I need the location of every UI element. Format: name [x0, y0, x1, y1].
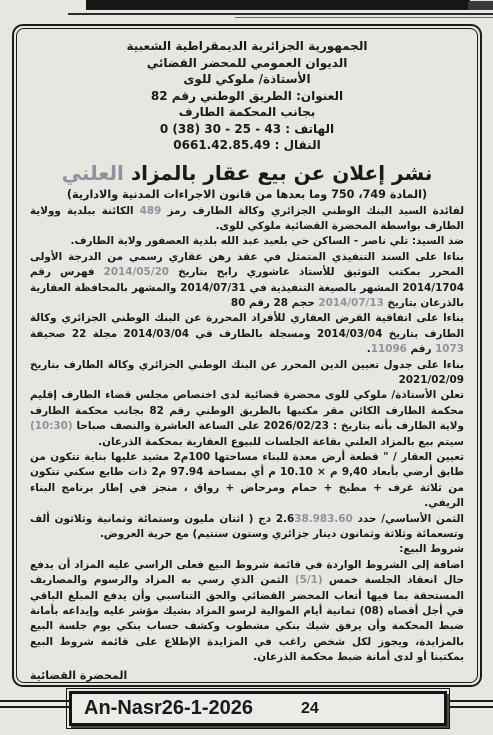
mobile-label: النقال : — [275, 138, 321, 152]
journal-footer-box: An-Nasr26-1-2026 24 — [69, 691, 447, 726]
paragraph-beneficiary: لفائدة السيد البنك الوطني الجزائري وكالة… — [30, 204, 464, 235]
phone-number: 0 (38) 30 - 25 - 43 — [160, 122, 281, 136]
paragraph-executive-title: بناءا على السند التنفيذي المتمثل في عقد … — [30, 250, 464, 312]
bailiff-name-line: الأستاذة/ ملوكي للوى — [30, 71, 464, 88]
republic-line: الجمهورية الجزائرية الديمقراطية الشعبية — [30, 38, 464, 55]
paragraph-sale-conditions: اضافة إلى الشروط الواردة في قائمة شروط ا… — [30, 558, 464, 666]
top-scan-artifact-mark — [468, 1, 493, 10]
mobile-number: 0661.42.85.49 — [173, 138, 270, 152]
paragraph-defendant: ضد السيد: تلي ناصر - الساكن حي بلعيد عبد… — [30, 234, 464, 249]
top-scan-artifact-line — [68, 13, 493, 15]
sale-conditions-heading: شروط البيع: — [30, 542, 464, 557]
paragraph-debt-schedule: بناءا على جدول تعيين الدين المحرر عن الب… — [30, 358, 464, 389]
page-number: 24 — [301, 700, 319, 718]
phone-line: الهاتف : 0 (38) 30 - 25 - 43 — [30, 121, 464, 138]
notice-header: الجمهورية الجزائرية الديمقراطية الشعبية … — [30, 38, 464, 154]
address-line: العنوان: الطريق الوطني رقم 82 — [30, 88, 464, 105]
notice-frame-inner: الجمهورية الجزائرية الديمقراطية الشعبية … — [16, 28, 478, 683]
top-scan-artifact-line-thin — [235, 17, 493, 18]
paragraph-property-desc: تعيين العقار / " قطعة أرض معدة للبناء مس… — [30, 450, 464, 512]
notice-frame: الجمهورية الجزائرية الديمقراطية الشعبية … — [12, 24, 482, 687]
paragraph-base-price: الثمن الأساسي/ حدد 2.638.983.60 دج ( اثن… — [30, 512, 464, 543]
notice-body: لفائدة السيد البنك الوطني الجزائري وكالة… — [30, 204, 464, 666]
notice-title-faded-word: العلني — [62, 161, 124, 185]
bailiff-signature: المحضرة القضائية — [30, 669, 464, 682]
paragraph-loan-agreement: بناءا على اتفاقية القرض العقاري للأفراد … — [30, 311, 464, 357]
office-line: الديوان العمومي للمحضر القضائي — [30, 55, 464, 72]
notice-title-main: نشر إعلان عن بيع عقار بالمزاد — [131, 161, 432, 185]
mobile-line: النقال : 0661.42.85.49 — [30, 137, 464, 154]
court-side-line: بجانب المحكمة الطارف — [30, 104, 464, 121]
notice-title: نشر إعلان عن بيع عقار بالمزاد العلني — [30, 161, 464, 185]
phone-label: الهاتف : — [285, 122, 334, 136]
legal-article-subtitle: (المادة 749، 750 وما بعدها من قانون الاج… — [30, 188, 464, 201]
paragraph-auction-announce: تعلن الأستاذة/ ملوكي للوى محضرة قضائية ل… — [30, 388, 464, 450]
newspaper-name-date: An-Nasr26-1-2026 — [84, 697, 253, 720]
top-scan-artifact-bar — [86, 0, 470, 10]
